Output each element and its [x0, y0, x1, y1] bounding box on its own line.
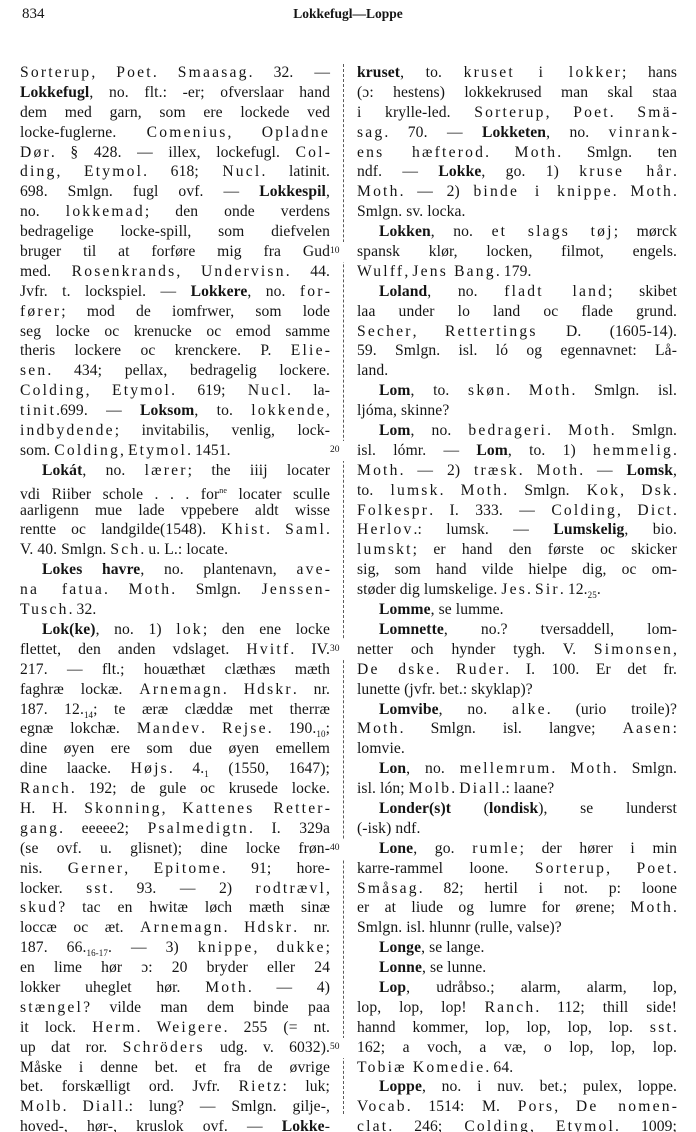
right-column: kruset, to. kruset i lokker; hans(ɔ: hes…	[357, 63, 677, 1132]
right_column-text-line: Moth. — 2) træsk. Moth. — Lomsk,	[357, 461, 677, 481]
right_column-text-line: kruset, to. kruset i lokker; hans	[357, 63, 677, 83]
right_column-text-line: ens hæfterod. Moth. Smlgn. ten	[357, 143, 677, 163]
right_column-text-line: spansk klør, locken, filmot, engels.	[357, 242, 677, 262]
left_column-text-line: seg locke oc krenucke oc emod samme	[20, 322, 330, 342]
left_column-text-line: V. 40. Smlgn. Sch. u. L.: locate.	[20, 540, 330, 560]
right_column-text-line: laa under lo land oc flade grund.	[357, 302, 677, 322]
right_column-text-line: lumskt; er hand den første oc skicker	[357, 540, 677, 560]
right_column-text-line: Smlgn. sv. locka.	[357, 202, 677, 222]
left_column-text-line: Lokes havre, no. plantenavn, ave-	[20, 560, 330, 580]
left_column-text-line: flettet, den anden vdslaget. Hvitf. IV.	[20, 640, 330, 660]
left_column-text-line: fører; mod de iomfrwer, som lode	[20, 302, 330, 322]
right_column-text-line: ndf. — Lokke, go. 1) kruse hår.	[357, 162, 677, 182]
right_column-text-line: Lomme, se lumme.	[357, 600, 677, 620]
left_column-text-line: locke-fuglerne. Comenius, Opladne	[20, 123, 330, 143]
line-number-marker: 10	[330, 242, 356, 262]
right_column-text-line: land.	[357, 361, 677, 381]
right_column-text-line: sag. 70. — Lokketen, no. vinrank-	[357, 123, 677, 143]
right_column-text-line: hannd kommer, lop, lop, lop, lop. sst.	[357, 1018, 677, 1038]
left_column-text-line: bruger til at forføre mig fra Gud	[20, 242, 330, 262]
left_column-text-line: stængel? vilde man dem binde paa	[20, 998, 330, 1018]
left_column-text-line: (se ovf. u. glisnet); dine locke frøn-	[20, 839, 330, 859]
right_column-text-line: netter och hynder tygh. V. Simonsen,	[357, 640, 677, 660]
left_column-text-line: sen. 434; pellax, bedragelig lockere.	[20, 361, 330, 381]
left_column-text-line: dem med garn, som ere lockede ved	[20, 103, 330, 123]
left_column-text-line: faghræ lockæ. Arnemagn. Hdskr. nr.	[20, 680, 330, 700]
right_column-text-line: Lomnette, no.? tversaddell, lom-	[357, 620, 677, 640]
right_column-text-line: lop, lop, lop! Ranch. 112; thill side!	[357, 998, 677, 1018]
right_column-text-line: Longe, se lange.	[357, 938, 677, 958]
left_column-text-line: skud? tac en hwitæ løch mæth sinæ	[20, 898, 330, 918]
left_column-text-line: nis. Gerner, Epitome. 91; hore-	[20, 859, 330, 879]
right_column-text-line: Moth. — 2) binde i knippe. Moth.	[357, 182, 677, 202]
right_column-text-line: Folkespr. I. 333. — Colding, Dict.	[357, 501, 677, 521]
left_column-text-line: Ranch. 192; de gule oc krusede locke.	[20, 779, 330, 799]
left_column-text-line: Jvfr. t. lockspiel. — Lokkere, no. for-	[20, 282, 330, 302]
right_column-text-line: er at liude og lumre for ørene; Moth.	[357, 898, 677, 918]
left_column-text-line: dine laacke. Højs. 4.1 (1550, 1647);	[20, 759, 330, 779]
right_column-text-line: Smlgn. isl. hlunnr (rulle, valse)?	[357, 918, 677, 938]
line-number-marker: 40	[330, 839, 356, 859]
left_column-text-line: theris lockere oc krenckere. P. Elie-	[20, 341, 330, 361]
left_column-text-line: Colding, Etymol. 619; Nucl. la-	[20, 381, 330, 401]
left_column-text-line: dine øyen ere som due øyen emellem	[20, 739, 330, 759]
left_column-text-line: ding, Etymol. 618; Nucl. latinit.	[20, 162, 330, 182]
right_column-text-line: clat. 246; Colding, Etymol. 1009;	[357, 1117, 677, 1132]
left_column-text-line: Lokát, no. lærer; the iiij locater	[20, 461, 330, 481]
right_column-text-line: Wulff, Jens Bang. 179.	[357, 262, 677, 282]
right_column-text-line: i krylle-led. Sorterup, Poet. Smä-	[357, 103, 677, 123]
right_column-text-line: Londer(s)t (londisk), se lunderst	[357, 799, 677, 819]
right_column-text-line: (-isk) ndf.	[357, 819, 677, 839]
right_column-text-line: karre-rammel loone. Sorterup, Poet.	[357, 859, 677, 879]
left_column-text-line: egnæ lokchæ. Mandev. Rejse. 190.10;	[20, 719, 330, 739]
line-number-marker: 30	[330, 640, 356, 660]
right_column-text-line: Lomvibe, no. alke. (urio troile)?	[357, 700, 677, 720]
left_column-text-line: som. Colding, Etymol. 1451.	[20, 441, 330, 461]
line-number-marker: 20	[330, 441, 356, 461]
right_column-text-line: Herlov.: lumsk. — Lumskelig, bio.	[357, 520, 677, 540]
right_column-text-line: Lop, udråbso.; alarm, alarm, lop,	[357, 978, 677, 998]
left_column-text-line: Lokkefugl, no. flt.: -er; ofverslaar han…	[20, 83, 330, 103]
right_column-text-line: Lom, to. skøn. Moth. Smlgn. isl.	[357, 381, 677, 401]
right_column-text-line: to. lumsk. Moth. Smlgn. Kok, Dsk.	[357, 481, 677, 501]
right_column-text-line: Moth. Smlgn. isl. langve; Aasen:	[357, 719, 677, 739]
left_column-text-line: hoved-, hør-, kruslok ovf. — Lokke-	[20, 1117, 330, 1132]
left_column-text-line: 187. 66.16-17. — 3) knippe, dukke;	[20, 938, 330, 958]
left_column-text-line: 698. Smlgn. fugl ovf. — Lokkespil,	[20, 182, 330, 202]
right_column-text-line: Secher, Rettertings D. (1605-14).	[357, 322, 677, 342]
right_column-text-line: 59. Smlgn. isl. ló og egennavnet: Lå-	[357, 341, 677, 361]
left_column-text-line: en lime hør ɔ: 20 bryder eller 24	[20, 958, 330, 978]
right_column-text-line: Tobiæ Komedie. 64.	[357, 1058, 677, 1078]
left_column-text-line: aarligenn mue lade vppebere aldt wisse	[20, 501, 330, 521]
left_column-text-line: tinit.699. — Loksom, to. lokkende,	[20, 401, 330, 421]
right_column-text-line: Lon, no. mellemrum. Moth. Smlgn.	[357, 759, 677, 779]
right_column-text-line: sig, som hand vilde hielpe dig, oc om-	[357, 560, 677, 580]
left_column-text-line: na fatua. Moth. Smlgn. Jenssen-	[20, 580, 330, 600]
left_column-text-line: bedragelige locke-spill, som diefvelen	[20, 222, 330, 242]
right_column-text-line: Lonne, se lunne.	[357, 958, 677, 978]
right_column-text-line: isl. lómr. — Lom, to. 1) hemmelig.	[357, 441, 677, 461]
left_column-text-line: vdi Riiber schole . . . forne locater sc…	[20, 481, 330, 501]
right_column-text-line: (ɔ: hestens) lokkekrused man skal staa	[357, 83, 677, 103]
right_column-text-line: Lokken, no. et slags tøj; mørck	[357, 222, 677, 242]
left_column-text-line: Lok(ke), no. 1) lok; den ene locke	[20, 620, 330, 640]
line-number-marker: 50	[330, 1038, 356, 1058]
left_column-text-line: no. lokkemad; den onde verdens	[20, 202, 330, 222]
right_column-text-line: 162; a voch, a væ, o lop, lop, lop.	[357, 1038, 677, 1058]
right_column-text-line: Småsag. 82; hertil i not. p: loone	[357, 879, 677, 899]
right_column-text-line: Lone, go. rumle; der hører i min	[357, 839, 677, 859]
left_column-text-line: indbydende; invitabilis, venlig, lock-	[20, 421, 330, 441]
left_column-text-line: loccæ oc æt. Arnemagn. Hdskr. nr.	[20, 918, 330, 938]
right_column-text-line: Loland, no. fladt land; skibet	[357, 282, 677, 302]
left_column-text-line: lokker uheglet hør. Moth. — 4)	[20, 978, 330, 998]
left_column-text-line: locker. sst. 93. — 2) rodtrævl,	[20, 879, 330, 899]
running-head: Lokkefugl—Loppe	[0, 6, 696, 22]
page-header: 834 Lokkefugl—Loppe	[0, 6, 696, 28]
right_column-text-line: Loppe, no. i nuv. bet.; pulex, loppe.	[357, 1077, 677, 1097]
right_column-text-line: lomvie.	[357, 739, 677, 759]
column-divider	[343, 64, 344, 1114]
left_column-text-line: Dør. § 428. — illex, lockefugl. Col-	[20, 143, 330, 163]
left_column-text-line: bet. forskælligt ord. Jvfr. Rietz: luk;	[20, 1077, 330, 1097]
right_column-text-line: De dske. Ruder. I. 100. Er det fr.	[357, 660, 677, 680]
right_column-text-line: støder dig lumskelige. Jes. Sir. 12.25.	[357, 580, 677, 600]
right_column-text-line: isl. lón; Molb. Diall.: laane?	[357, 779, 677, 799]
left_column-text-line: gang. eeeee2; Psalmedigtn. I. 329a	[20, 819, 330, 839]
right_column-text-line: lunette (jvfr. bet.: skyklap)?	[357, 680, 677, 700]
left_column-text-line: 217. — flt.; houæthæt clæthæs mæth	[20, 660, 330, 680]
right_column-text-line: Vocab. 1514: M. Pors, De nomen-	[357, 1097, 677, 1117]
left-column: Sorterup, Poet. Smaasag. 32. —Lokkefugl,…	[20, 63, 330, 1132]
left_column-text-line: Tusch. 32.	[20, 600, 330, 620]
left_column-text-line: 187. 12.14; te æræ clæddæ met therræ	[20, 700, 330, 720]
right_column-text-line: ljóma, skinne?	[357, 401, 677, 421]
left_column-text-line: Sorterup, Poet. Smaasag. 32. —	[20, 63, 330, 83]
left_column-text-line: Måske i denne bet. et fra de øvrige	[20, 1058, 330, 1078]
left_column-text-line: up dat ror. Schröders udg. v. 6032).	[20, 1038, 330, 1058]
left_column-text-line: H. H. Skonning, Kattenes Retter-	[20, 799, 330, 819]
left_column-text-line: Molb. Diall.: lung? — Smlgn. gilje-,	[20, 1097, 330, 1117]
right_column-text-line: Lom, no. bedrageri. Moth. Smlgn.	[357, 421, 677, 441]
left_column-text-line: rentte oc landgilde(1548). Khist. Saml.	[20, 520, 330, 540]
left_column-text-line: med. Rosenkrands, Undervisn. 44.	[20, 262, 330, 282]
left_column-text-line: it lock. Herm. Weigere. 255 (= nt.	[20, 1018, 330, 1038]
